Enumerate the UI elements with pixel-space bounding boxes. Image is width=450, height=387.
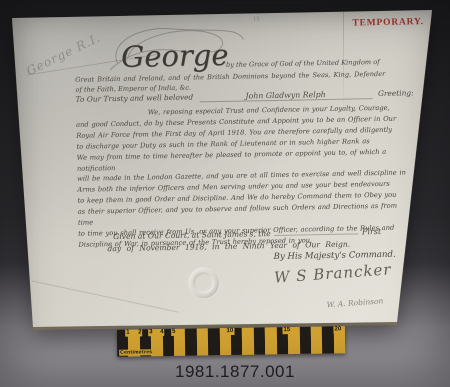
scale-tick-label: 15 — [282, 327, 291, 334]
scale-bar-segment — [242, 328, 254, 355]
centimetre-scale-bar: 1 2 3 4 5 10 15 20 Centimetres — [117, 326, 345, 357]
salutation-prefix: To Our Trusty and well beloved — [76, 93, 194, 104]
scale-tick-label: 1 — [125, 330, 130, 337]
scale-tick-label: 20 — [333, 326, 342, 333]
signature-primary: W S Brancker — [274, 259, 415, 287]
catalog-number: 1981.1877.001 — [140, 362, 330, 382]
embossed-seal-ring — [193, 272, 214, 293]
scale-bar-segment — [197, 328, 209, 355]
scale-unit-label: Centimetres — [119, 349, 153, 356]
dateline-blank-rule — [275, 233, 358, 236]
temporary-stamp: TEMPORARY. — [349, 17, 427, 28]
scale-bar-segment — [185, 329, 197, 356]
recipient-name: John Gladwyn Relph — [199, 89, 372, 102]
museum-photo: George R.I. 15 TEMPORARY. George by the … — [0, 0, 450, 387]
scale-tick-label: 10 — [225, 328, 234, 335]
scale-bar-segment — [254, 327, 266, 354]
page-number: 15 — [253, 16, 259, 22]
scale-bar-segment — [311, 327, 323, 354]
salutation-suffix: Greeting: — [378, 88, 414, 98]
scale-bar-segment — [265, 327, 277, 354]
scale-bar-segment — [299, 327, 311, 354]
scale-tick-label: 2 — [137, 329, 142, 336]
embossed-seal — [188, 267, 220, 299]
scale-tick-label: 4 — [159, 329, 164, 336]
scale-bar-segment — [208, 328, 220, 355]
heading-title: George — [109, 38, 240, 74]
scale-bar-segment — [322, 326, 334, 353]
scale-tick-label: 3 — [148, 329, 153, 336]
dateline-day: First — [362, 227, 381, 236]
scale-tick-label: 5 — [171, 329, 176, 336]
signature-secondary: W. A. Robinson — [326, 294, 416, 309]
preamble-line-1: by the Grace of God of the United Kingdo… — [226, 57, 414, 69]
